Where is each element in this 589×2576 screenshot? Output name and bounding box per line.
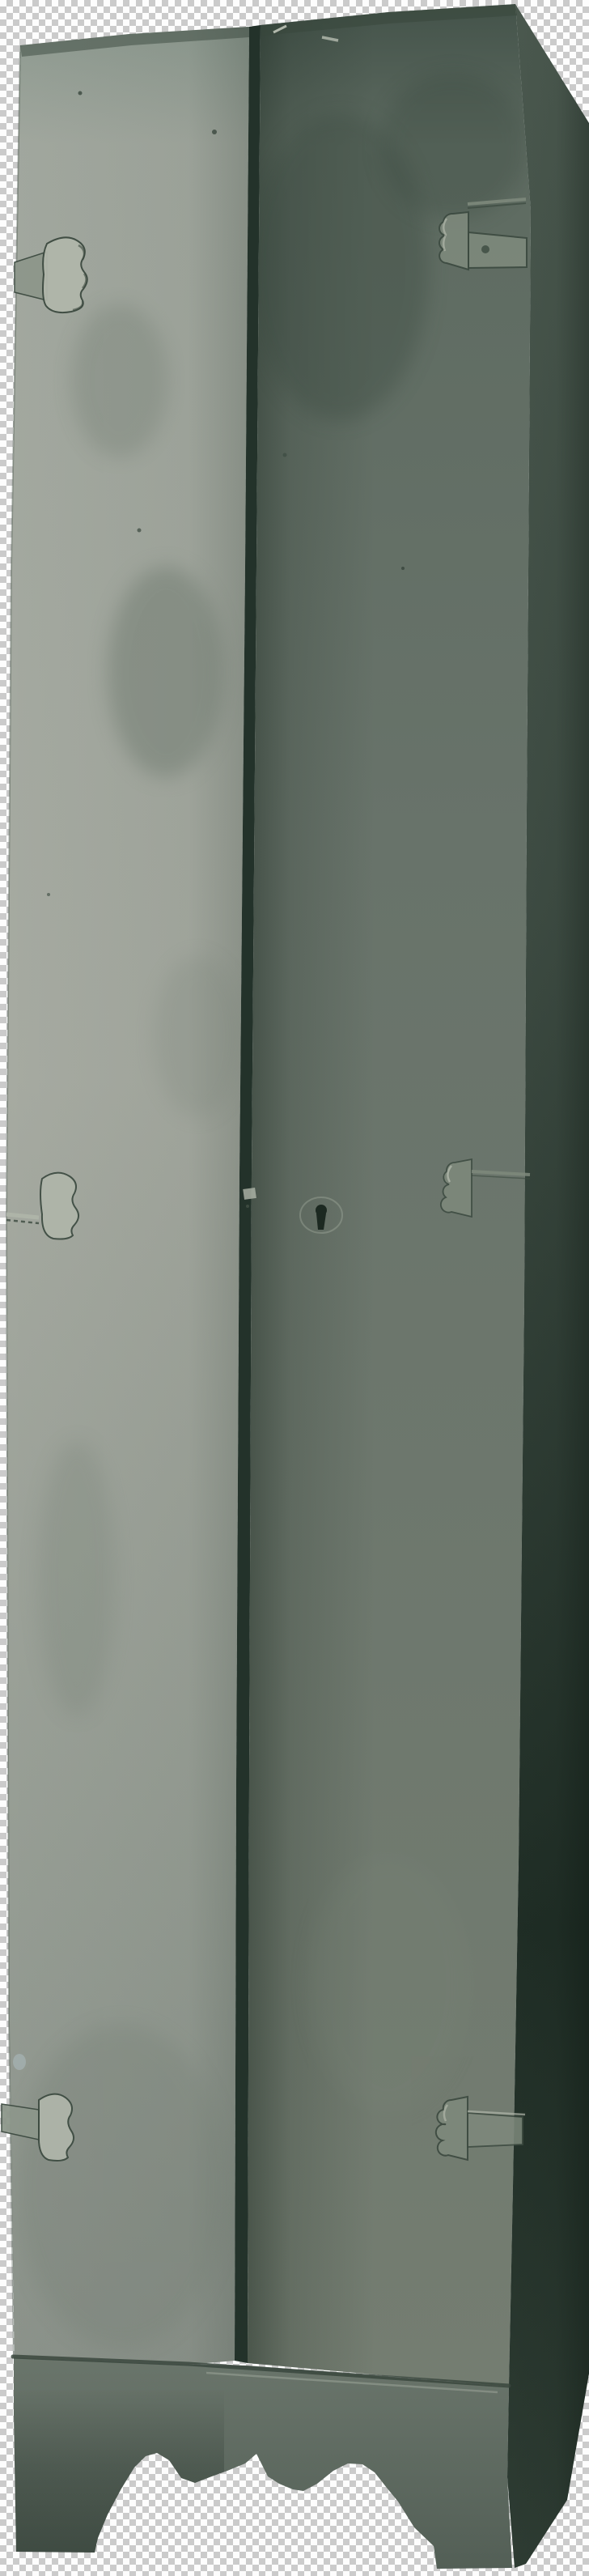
hinge-strap: [468, 232, 527, 268]
cupboard: [2, 2, 589, 2573]
hinge-nail: [481, 245, 489, 253]
latch-nail: [246, 1205, 249, 1208]
wood-stain: [38, 1441, 116, 1716]
hinge-strap: [2, 2104, 39, 2140]
hinge-strap: [468, 2113, 523, 2147]
paint-spot: [13, 2054, 26, 2070]
wood-stain: [108, 567, 224, 777]
wood-stain: [71, 304, 168, 457]
wood-stain: [154, 955, 243, 1117]
wood-stain: [307, 1854, 469, 2113]
transparent-checkerboard-background: [0, 0, 589, 2576]
base-shading: [14, 2388, 224, 2558]
nail-speck: [138, 529, 142, 533]
nail-speck: [78, 91, 83, 96]
nail-speck: [283, 453, 287, 457]
wood-stain: [380, 73, 526, 219]
latch-plate: [243, 1188, 256, 1200]
wood-stain: [16, 2024, 227, 2348]
right-door-patina: [248, 4, 531, 2390]
nail-speck: [212, 130, 217, 134]
base-shadow-overlay: [14, 2388, 224, 2558]
cupboard-photo: [0, 0, 589, 2576]
hinge-cloverleaf-plate: [43, 237, 87, 312]
nail-speck: [47, 893, 50, 896]
nail-speck: [401, 567, 405, 570]
